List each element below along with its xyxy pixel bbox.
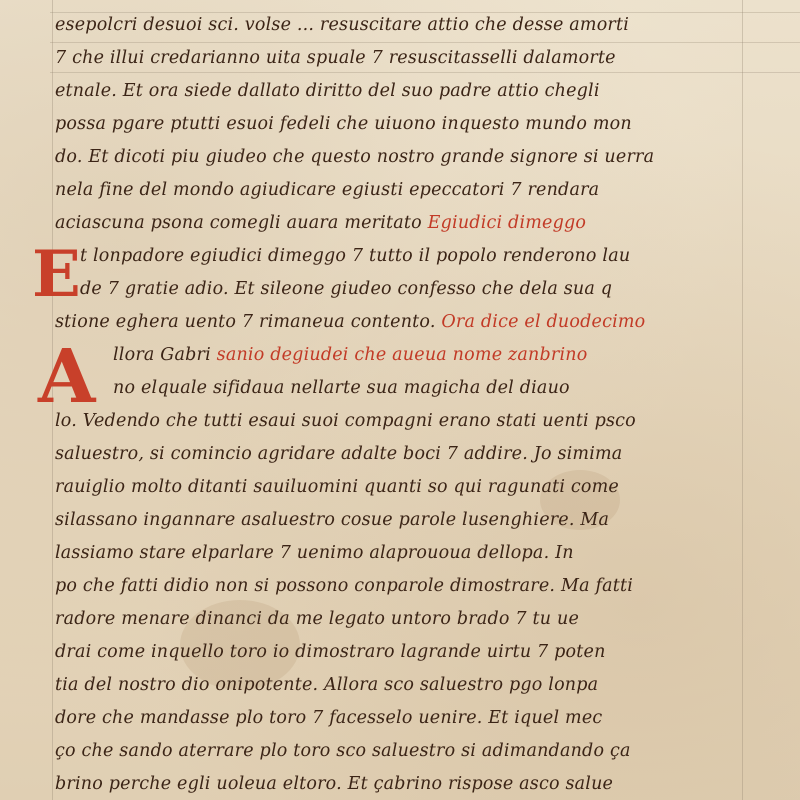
text-line: lo. Vedendo che tutti esaui suoi compagn…: [55, 404, 636, 438]
text-line: drai come inquello toro io dimostraro la…: [55, 635, 606, 669]
text-line: possa pgare ptutti esuoi fedeli che uiuo…: [55, 107, 632, 141]
text-line: po che fatti didio non si possono conpar…: [55, 569, 633, 603]
text-line: ço che sando aterrare plo toro sco salue…: [55, 734, 631, 768]
text-line: nela fine del mondo agiudicare egiusti e…: [55, 173, 599, 207]
text-line: do. Et dicoti piu giudeo che questo nost…: [55, 140, 654, 174]
manuscript-page: E A esepolcri desuoi sci. volse ... resu…: [0, 0, 800, 800]
text-line: de 7 gratie adio. Et sileone giudeo conf…: [80, 272, 612, 306]
text-line: aciascuna psona comegli auara meritato E…: [55, 206, 586, 240]
text-line: stione eghera uento 7 rimaneua contento.…: [55, 305, 645, 339]
text-line: etnale. Et ora siede dallato diritto del…: [55, 74, 600, 108]
rubric-heading: Egiudici dimeggo: [428, 213, 587, 233]
text-line: saluestro, si comincio agridare adalte b…: [55, 437, 622, 471]
text-line: esepolcri desuoi sci. volse ... resuscit…: [55, 8, 629, 42]
decorated-initial-e: E: [32, 243, 81, 307]
text-line: no elquale sifidaua nellarte sua magicha…: [113, 371, 570, 405]
margin-rule-right: [742, 0, 743, 800]
decorated-initial-a: A: [38, 340, 95, 414]
text-line: tia del nostro dio onipotente. Allora sc…: [55, 668, 598, 702]
text-line: 7 che illui credarianno uita spuale 7 re…: [55, 41, 616, 75]
text-line: lassiamo stare elparlare 7 uenimo alapro…: [55, 536, 574, 570]
text-line: llora Gabri sanio degiudei che aueua nom…: [113, 338, 588, 372]
text-line: dore che mandasse plo toro 7 facesselo u…: [55, 701, 602, 735]
text-line: radore menare dinanci da me legato untor…: [55, 602, 579, 636]
rubric-heading: sanio degiudei che aueua nome zanbrino: [217, 345, 588, 365]
text-line: brino perche egli uoleua eltoro. Et çabr…: [55, 767, 613, 800]
text-line: t lonpadore egiudici dimeggo 7 tutto il …: [80, 239, 630, 273]
rubric-heading: Ora dice el duodecimo: [441, 312, 645, 332]
text-line: silassano ingannare asaluestro cosue par…: [55, 503, 609, 537]
text-line: rauiglio molto ditanti sauiluomini quant…: [55, 470, 619, 504]
